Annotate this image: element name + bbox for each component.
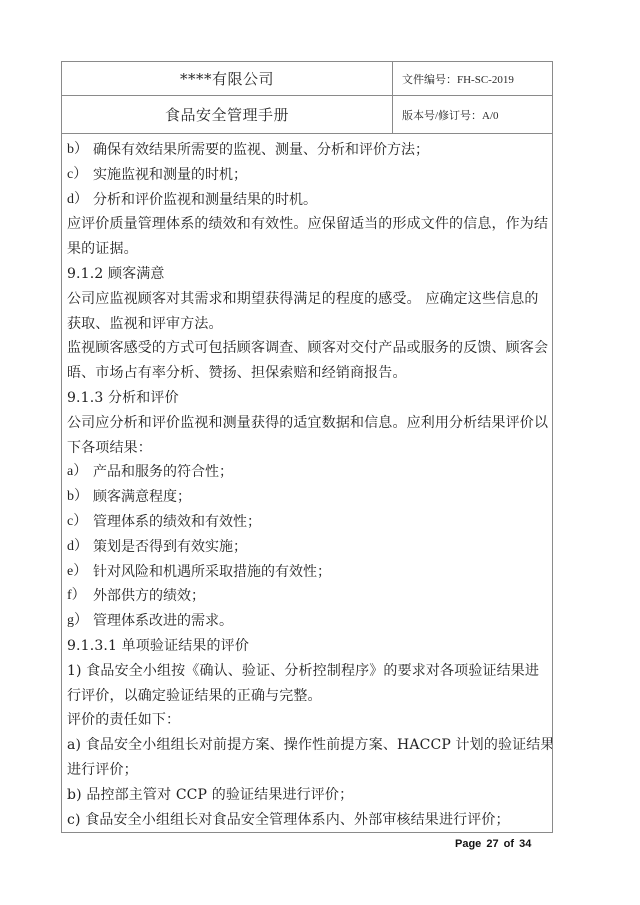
list-label: f） [67,584,93,609]
list-text: 分析和评价监视和测量结果的时机。 [93,188,317,213]
list-label: d） [67,535,93,560]
list-text: 外部供方的绩效； [93,584,205,609]
list-label: b） [67,485,93,510]
paragraph-line: 下各项结果： [67,436,552,461]
list-item: d）分析和评价监视和测量结果的时机。 [67,188,552,213]
paragraph-line: 行评价，以确定验证结果的正确与完整。 [67,684,552,709]
list-text: 确保有效结果所需要的监视、测量、分析和评价方法； [93,138,429,163]
responsibility-b: b) 品控部主管对 CCP 的验证结果进行评价； [67,783,552,808]
version-number: 版本号/修订号：A/0 [393,96,552,133]
document-body: b）确保有效结果所需要的监视、测量、分析和评价方法； c）实施监视和测量的时机；… [62,134,552,832]
list-text: 管理体系改进的需求。 [93,609,233,634]
header-row-1: ****有限公司 文件编号：FH-SC-2019 [62,62,552,96]
paragraph-line: 应评价质量管理体系的绩效和有效性。应保留适当的形成文件的信息，作为结 [67,212,552,237]
list-item: e）针对风险和机遇所采取措施的有效性； [67,560,552,585]
section-heading-9-1-2: 9.1.2 顾客满意 [67,262,552,287]
list-label: d） [67,188,93,213]
section-heading-9-1-3-1: 9.1.3.1 单项验证结果的评价 [67,634,552,659]
list-label: c） [67,510,93,535]
paragraph-line: 果的证据。 [67,237,552,262]
paragraph-line: 公司应分析和评价监视和测量获得的适宜数据和信息。应利用分析结果评价以 [67,411,552,436]
manual-title: 食品安全管理手册 [62,96,393,133]
list-text: 针对风险和机遇所采取措施的有效性； [93,560,331,585]
list-item: d）策划是否得到有效实施； [67,535,552,560]
document-number: 文件编号：FH-SC-2019 [393,62,552,95]
list-item: c）实施监视和测量的时机； [67,163,552,188]
responsibility-c: c) 食品安全小组组长对食品安全管理体系内、外部审核结果进行评价； [67,808,552,833]
company-name: ****有限公司 [62,62,393,95]
responsibility-a-cont: 进行评价； [67,758,552,783]
list-item: b）确保有效结果所需要的监视、测量、分析和评价方法； [67,138,552,163]
paragraph-line: 监视顾客感受的方式可包括顾客调查、顾客对交付产品或服务的反馈、顾客会 [67,336,552,361]
list-item: a）产品和服务的符合性； [67,460,552,485]
document-table: ****有限公司 文件编号：FH-SC-2019 食品安全管理手册 版本号/修订… [61,61,553,833]
header-row-2: 食品安全管理手册 版本号/修订号：A/0 [62,96,552,134]
list-label: b） [67,138,93,163]
list-text: 产品和服务的符合性； [93,460,233,485]
page-number: Page 27 of 34 [455,838,531,850]
list-label: e） [67,560,93,585]
list-text: 实施监视和测量的时机； [93,163,247,188]
paragraph-line: 获取、监视和评审方法。 [67,312,552,337]
list-item: c）管理体系的绩效和有效性； [67,510,552,535]
responsibility-a: a) 食品安全小组组长对前提方案、操作性前提方案、HACCP 计划的验证结果 [67,733,552,758]
section-heading-9-1-3: 9.1.3 分析和评价 [67,386,552,411]
list-item: f）外部供方的绩效； [67,584,552,609]
list-label: g） [67,609,93,634]
paragraph-line: 晤、市场占有率分析、赞扬、担保索赔和经销商报告。 [67,361,552,386]
paragraph-line: 公司应监视顾客对其需求和期望获得满足的程度的感受。 应确定这些信息的 [67,287,552,312]
list-text: 顾客满意程度； [93,485,191,510]
list-item: b）顾客满意程度； [67,485,552,510]
list-text: 策划是否得到有效实施； [93,535,247,560]
list-label: a） [67,460,93,485]
document-page: ****有限公司 文件编号：FH-SC-2019 食品安全管理手册 版本号/修订… [0,0,640,905]
paragraph-line: 1) 食品安全小组按《确认、验证、分析控制程序》的要求对各项验证结果进 [67,659,552,684]
list-item: g）管理体系改进的需求。 [67,609,552,634]
paragraph-line: 评价的责任如下： [67,708,552,733]
list-label: c） [67,163,93,188]
list-text: 管理体系的绩效和有效性； [93,510,261,535]
